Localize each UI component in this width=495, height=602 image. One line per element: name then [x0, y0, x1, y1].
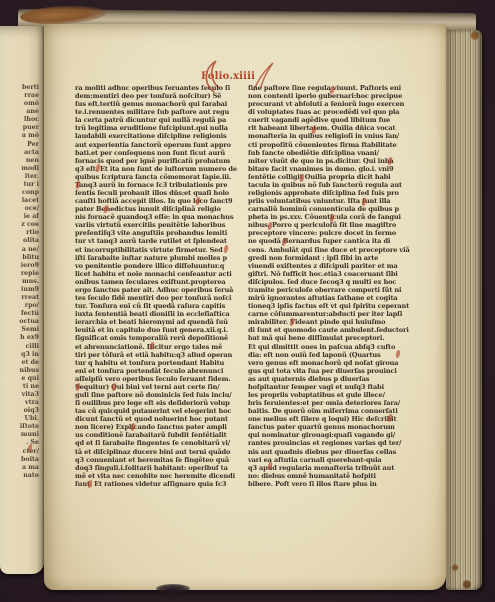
text-line: baitis. De quorũ oĩm miſerrima conuerſat…	[248, 407, 446, 415]
text-line: e qui	[3, 375, 39, 383]
text-line: les propriis voluptatibus et gule illece…	[248, 391, 446, 399]
text-line: tur i	[3, 181, 39, 189]
text-line: aut experientia ſanctorũ operum ſunt app…	[75, 141, 248, 149]
text-line: et abrenunciationẽ. Dicitur ergo tales m…	[75, 343, 248, 351]
folio-number-heading: Folio.xiiii	[201, 71, 255, 83]
text-line: rreat	[3, 294, 39, 302]
text-line: laudabili exercitatione diſcipline relig…	[75, 132, 248, 140]
text-line: vo penitentie pondere illico diſſoluuntu…	[75, 262, 248, 270]
text-line: iero9	[3, 262, 39, 270]
text-line: nato	[3, 472, 39, 480]
text-line: iuxta ſententiã beati dioniſii in eccleſ…	[75, 310, 248, 318]
page-bottom-shadow-notch	[156, 584, 190, 593]
text-line: pater Benedictus innuit diſciplinã relig…	[75, 205, 248, 213]
text-line: Tanq3 aurũ in fornace ſc3 tribulationis …	[75, 181, 248, 189]
text-line: puer	[3, 124, 39, 132]
text-line: tas cũ quicquid putauerint vel elegerint…	[75, 407, 248, 415]
text-line: one melius eſt ſilere q loqui) Hic deſcr…	[248, 415, 446, 423]
text-line: et incorruptibilitatis virtute firmetur.…	[75, 246, 248, 254]
text-line: mẽ et vita nec cenobite nec heremite dic…	[75, 472, 248, 480]
text-line: boita	[3, 456, 39, 464]
text-line: cti propoſitũ cõuenientes firma ſtabilit…	[248, 141, 446, 149]
text-line: vari ea aſtutia carnali querebant-quia	[248, 456, 446, 464]
text-column-right: ſine paſtore ſine regula viuunt. Paſtori…	[248, 84, 446, 488]
text-line: gus qui tota vita ſua per diuerſas proui…	[248, 367, 446, 375]
text-line: dem:mentiri deo per tonſurã noſcitur) Sẽ	[75, 92, 248, 100]
text-line: diſcipulos. ſed duce ſecoq3 q multi ex h…	[248, 278, 446, 286]
text-line: di voluptates ſuas ac procedẽdi vel quo …	[248, 108, 446, 116]
text-line: q3 conueniant et heremitas ſe fingẽteo q…	[75, 456, 248, 464]
text-line: rtio	[3, 229, 39, 237]
fore-edge-page-stack	[446, 30, 482, 590]
text-line: acta	[3, 149, 39, 157]
text-line: preceptore vincere: pulcre docet in ſerm…	[248, 229, 446, 237]
text-line: Sequitur) Qui bini vel terni aut certe ſ…	[75, 383, 248, 391]
text-line: qui nominatur girouagi:quaſi vagando gi/	[248, 431, 446, 439]
text-line: trũ legitima eruditione ſuſcipiunt.qui n…	[75, 124, 248, 132]
text-line: mirũ ignorantes aſtutias ſathane et cogi…	[248, 294, 446, 302]
text-line: olita	[3, 237, 39, 245]
text-line: q3 apud regularia monaſteria tribuũt aut	[248, 464, 446, 472]
text-line: muni	[3, 431, 39, 439]
text-line: miter viuũt de quo in ps.dicitur. Qui in…	[248, 157, 446, 165]
text-line: ne quodã Bernardus ſuper cantica ita di	[248, 237, 446, 245]
text-line: pheta in ps.xxv. Cõuenticula corã de ſan…	[248, 213, 446, 221]
text-line: lacet	[3, 197, 39, 205]
text-line: priis voluntatibus vniuntur. Iſta ſunt i…	[248, 197, 446, 205]
text-line: hoſpitantur ſemper vagi et nuſq3 ſtabi	[248, 383, 446, 391]
text-line: ſanctus pater quartũ genus monachorum	[248, 423, 446, 431]
text-line: nibus. Porro q periculoſũ ſit ſine magiſ…	[248, 221, 446, 229]
text-line: ierarchia et beati hieronymi ad quendã ſ…	[75, 318, 248, 326]
text-line: ſignificat omĩs temporaliũ rerũ depoſiti…	[75, 334, 248, 342]
text-line: bati.et per conſequens non ſunt ſicut au…	[75, 149, 248, 157]
text-line: aſſeipſũ vero operibus ſeculo ſeruant fi…	[75, 375, 248, 383]
text-line: carne cõſummarentur:abducti per iter lap…	[248, 310, 446, 318]
text-line: no: diebus omnẽ humanitatẽ hoſpiti	[248, 472, 446, 480]
text-line: vita3	[3, 391, 39, 399]
text-line: rpo/	[3, 302, 39, 310]
text-line: ti ne	[3, 383, 39, 391]
text-line: omõ	[3, 100, 39, 108]
text-line: qd et ſi ſarabaite fingentes ſe cenobita…	[75, 439, 248, 447]
text-line: guli ſine paſtore nõ dominicis ſed ſuis …	[75, 391, 248, 399]
text-line: non contenti iperio gubernari:hoc precip…	[248, 92, 446, 100]
text-line: ra moliti adhuc operibus ſeruantes ſecul…	[75, 84, 248, 92]
text-line: giſtri. Nõ ſufficit hoc.etia3 coaceruant…	[248, 270, 446, 278]
text-line: Per	[3, 141, 39, 149]
text-line: nen	[3, 157, 39, 165]
text-line: ſentẽtie colligit Ouilia propria dicit h…	[248, 173, 446, 181]
text-line: viuendi exiſtentes z diſcipuli pariter e…	[248, 262, 446, 270]
text-line: fornacis quod per ignẽ purificatũ probat…	[75, 157, 248, 165]
text-line: bibere. Poſt vero ſi illos ſtare plus in	[248, 480, 446, 488]
text-line: bitare facit vnanimes in domo. glo.i. vn…	[248, 165, 446, 173]
text-line: doq3 ſinguli.i.ſolitarii habitant: operi…	[75, 464, 248, 472]
text-line: ſus eſt.tertiũ genus monachorũ qui ſarab…	[75, 100, 248, 108]
text-line: tramite periculoſe oberrare comperti ſũt…	[248, 286, 446, 294]
text-line: . Se	[3, 439, 39, 447]
text-line: tur. Tonſura enĩ cũ ſit quedã raſura cap…	[75, 302, 248, 310]
text-line: Et qui dimittit oues in paſcua abſq3 cuſ…	[248, 343, 446, 351]
manuscript-page: Folio.xiiii ra moliti adhuc operibus ſer…	[44, 24, 446, 590]
text-line: tur vt tanq3 aurũ tarde rutilet et ſplen…	[75, 237, 248, 245]
text-line: vero genus eſt monachorũ qd noſat giroua	[248, 359, 446, 367]
text-line: nis aut quadnis diebus per diuerſas cell…	[248, 448, 446, 456]
text-line: dia: eſt non ouiũ ſed laponũ (Quartus	[248, 351, 446, 359]
text-line: cens. Ambulãt qui ſine duce et preceptor…	[248, 246, 446, 254]
text-line: repie	[3, 270, 39, 278]
text-line: ſunt. Et rationes videtur aſſignare quia…	[75, 480, 248, 488]
text-column-left: ra moliti adhuc operibus ſeruantes ſecul…	[75, 84, 248, 488]
text-line: rrae	[3, 92, 39, 100]
text-line: enĩ et tonſura portendãt ſeculo abrenunc…	[75, 367, 248, 375]
text-line: ſentis ſeculi probauit illos dñs:et quaſ…	[75, 189, 248, 197]
text-line: tiri per tõſurã et etiã habitu:q3 aliud …	[75, 351, 248, 359]
text-line: mirabiliter. Videant pinde qui huiuſmo	[248, 318, 446, 326]
text-line: a ma	[3, 464, 39, 472]
text-line: cter/	[3, 448, 39, 456]
text-line: leuitã et in capitulo duo ſunt genera.xi…	[75, 326, 248, 334]
text-line: onibus tamen ſeculares exiſtunt.proptere…	[75, 278, 248, 286]
text-line: iſti ſarabaite inſtar nature plumbi moll…	[75, 254, 248, 262]
text-line: blitu	[3, 254, 39, 262]
text-line: bris ſeruientes:et per omĩa deteriores ſ…	[248, 399, 446, 407]
text-line: ſub ſancte obediẽtie diſciplina vnani/	[248, 149, 446, 157]
text-line: ane	[3, 108, 39, 116]
text-line: te.i.renuentes militare ſub paſtore aut …	[75, 108, 248, 116]
text-line: religionis approbate diſciplina ſed ſuis…	[248, 189, 446, 197]
text-line: a mõ	[3, 132, 39, 140]
text-line: fectũ	[3, 310, 39, 318]
text-line: Ubi.	[3, 415, 39, 423]
text-line: iſtote	[3, 423, 39, 431]
text-line: ſi ouilibus pro lege eſt eis deſideriorũ…	[75, 399, 248, 407]
text-line: licet habitu et noĩe monachi cenſeantur …	[75, 270, 248, 278]
text-line: gredi non formidant : ipſi ſibi in arte	[248, 254, 446, 262]
text-line: q3 in	[3, 351, 39, 359]
text-line: et de	[3, 359, 39, 367]
text-line: carnaliũ hominũ conuenticula de quibus p	[248, 205, 446, 213]
photo-backdrop: bertirraeomõanelhocpuera mõPeractanenmod…	[0, 0, 495, 602]
text-line: vtra	[3, 399, 39, 407]
text-line: non licere) Explicando ſanctus pater amp…	[75, 423, 248, 431]
text-line: nis fornacẽ quandoq3 eſſe: in qua monach…	[75, 213, 248, 221]
text-line: modi	[3, 165, 39, 173]
text-line: oce/	[3, 205, 39, 213]
text-line: ſine paſtore ſine regula viuunt. Paſtori…	[248, 84, 446, 92]
text-line: rantes prouincias et regiones varias qd …	[248, 439, 446, 447]
text-line: ergo ſanctus pater ait. Adhuc operibus ſ…	[75, 286, 248, 294]
text-line: tacula in quibus nõ ſub ſanctorũ regula …	[248, 181, 446, 189]
text-line: conp	[3, 189, 39, 197]
text-line: tã et diſciplinaz ducere bini aut terni …	[75, 448, 248, 456]
text-line: ie af	[3, 213, 39, 221]
text-line: tioneq3 ipſis factus eſt vt qui ſpiritu …	[248, 302, 446, 310]
margin-line-end-fragments: bertirraeomõanelhocpuera mõPeractanenmod…	[3, 84, 39, 480]
text-line: di ſunt et quomodo caute ambulent.ſeduct…	[248, 326, 446, 334]
text-line: h ex9	[3, 334, 39, 342]
text-line: us conditionẽ ſarabaitarũ ſubdit ſentẽti…	[75, 431, 248, 439]
text-line: tur q habitu et tonſura portendant Habit…	[75, 359, 248, 367]
text-line: bat mã qui bene diſſimulat preceptori.	[248, 334, 446, 342]
previous-leaf-edge: bertirraeomõanelhocpuera mõPeractanenmod…	[0, 26, 44, 574]
text-line: q3 eſt. Et ita non ſunt de iuſtorum nume…	[75, 165, 248, 173]
text-line: as aut quaternis diebus p diuerſas	[248, 375, 446, 383]
text-line: berti	[3, 84, 39, 92]
text-line: procurant vt abſoluti a ſeniorũ iugo exe…	[248, 100, 446, 108]
text-line: dicunt ſanctũ et quod noluerint hoc puta…	[75, 415, 248, 423]
text-line: rit habeant libertatem. Ouilia dñica voc…	[248, 124, 446, 132]
text-line: nibus	[3, 367, 39, 375]
text-line: Semi	[3, 326, 39, 334]
text-line: tes ſeculo fidẽ mentiri deo per tonſurã …	[75, 294, 248, 302]
text-line: mus.	[3, 278, 39, 286]
text-line: z coe	[3, 221, 39, 229]
text-line: oiq3	[3, 407, 39, 415]
text-line: variis virtutũ exercitiis penitẽtie labo…	[75, 221, 248, 229]
text-line: la certa patrũ dicuntur qui nullã regulã…	[75, 116, 248, 124]
text-line: octua	[3, 318, 39, 326]
text-line: quibus ſcriptura ſancta cõmemorat ſapie.…	[75, 173, 248, 181]
text-line: monaſteria in quibus religioſi in vnius …	[248, 132, 446, 140]
text-line: preſentiſq3 vite anguſtiis probandus lem…	[75, 229, 248, 237]
text-line: a ne/	[3, 246, 39, 254]
text-line: cuerit vagandi agẽdive quod libitum fue	[248, 116, 446, 124]
text-line: iter.	[3, 173, 39, 181]
text-line: cauſti hoſtiã accepit illos. In quo loco…	[75, 197, 248, 205]
text-line: lhoc	[3, 116, 39, 124]
text-line: ium9	[3, 286, 39, 294]
text-line: cilli	[3, 343, 39, 351]
